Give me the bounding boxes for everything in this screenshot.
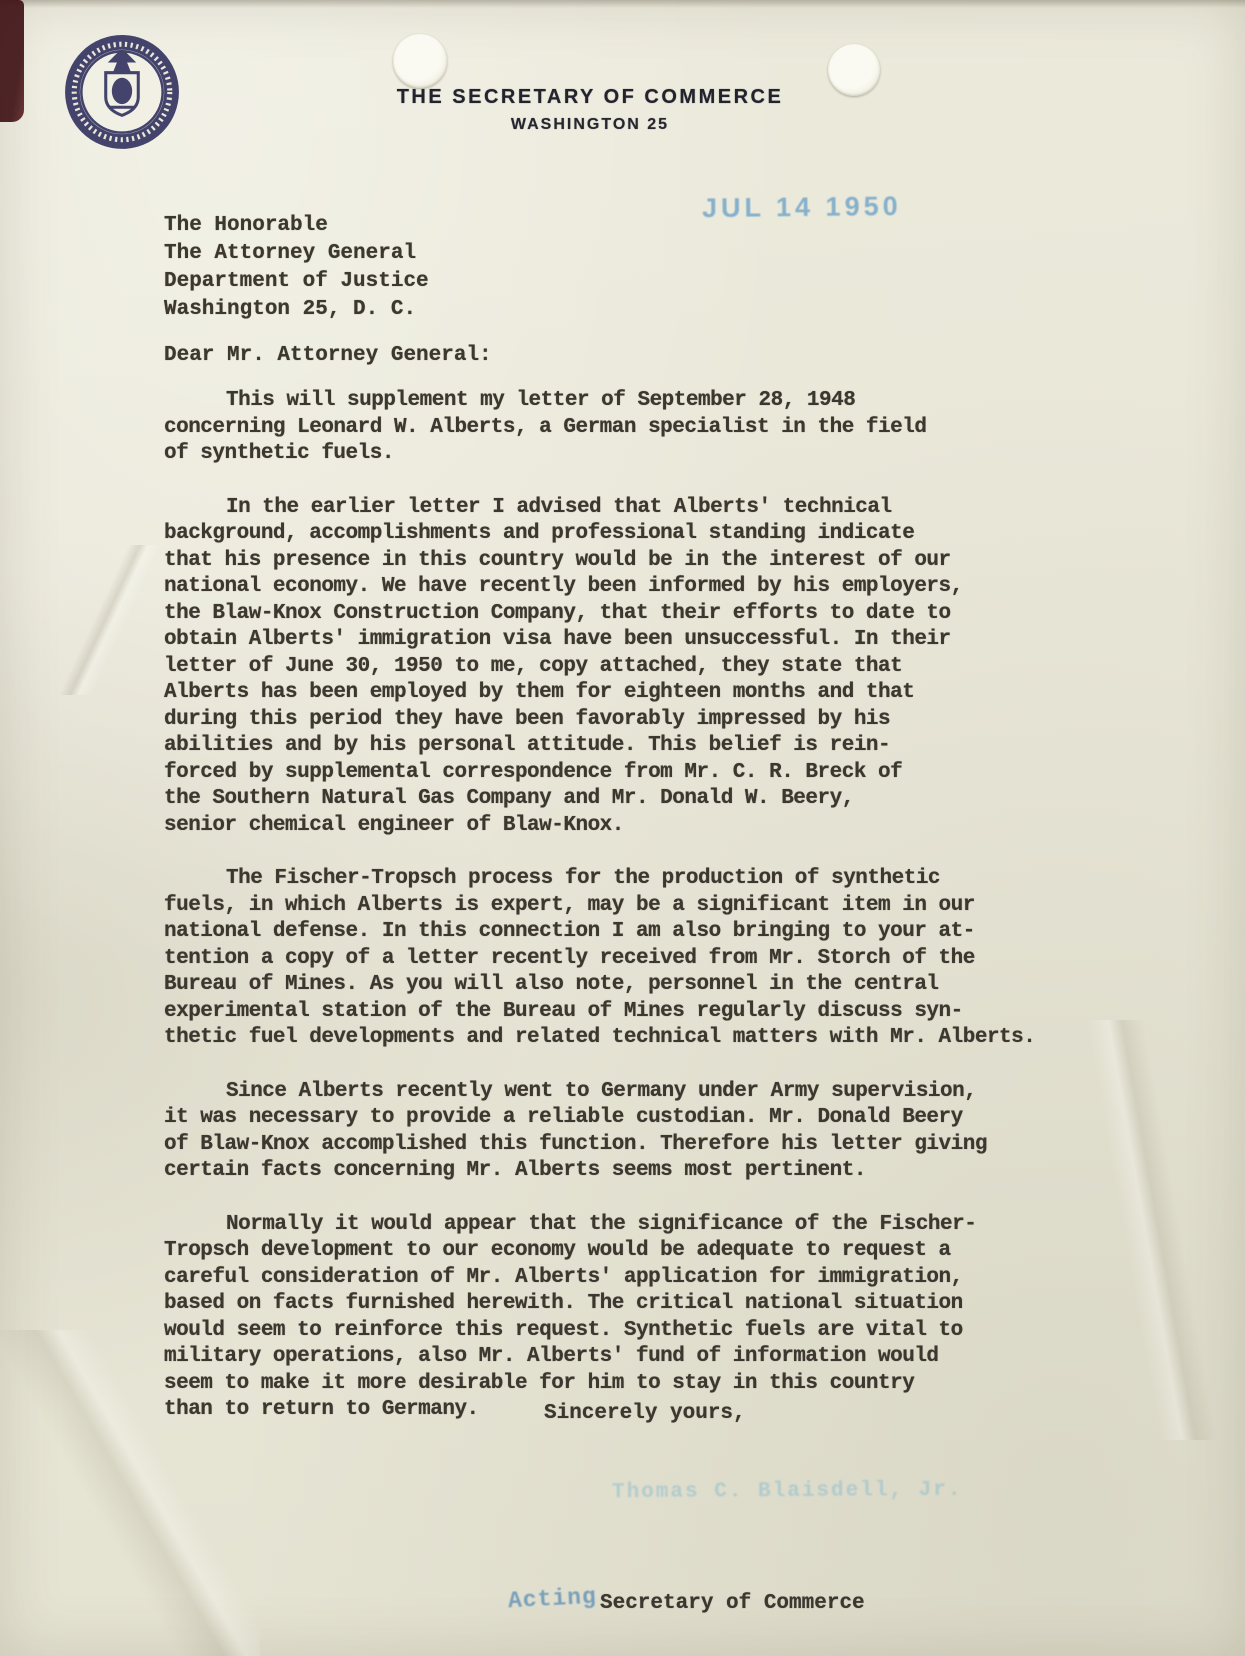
paragraph-5: Normally it would appear that the signif… bbox=[164, 1212, 1124, 1424]
acting-stamp: Acting bbox=[507, 1584, 597, 1615]
scan-top-edge-shadow bbox=[0, 0, 1245, 8]
paragraph-4: Since Alberts recently went to Germany u… bbox=[164, 1079, 1124, 1185]
recipient-line: Department of Justice bbox=[164, 268, 429, 296]
recipient-address-block: The Honorable The Attorney General Depar… bbox=[164, 212, 429, 324]
recipient-line: Washington 25, D. C. bbox=[164, 296, 429, 324]
paragraph-2: In the earlier letter I advised that Alb… bbox=[164, 495, 1124, 840]
complimentary-close: Sincerely yours, bbox=[544, 1402, 746, 1425]
signer-title: Secretary of Commerce bbox=[600, 1592, 865, 1615]
punch-hole bbox=[393, 34, 447, 88]
received-date-stamp: JUL 14 1950 bbox=[702, 191, 902, 224]
letterhead-city: WASHINGTON 25 bbox=[330, 116, 850, 134]
recipient-line: The Attorney General bbox=[164, 240, 429, 268]
paragraph-1: This will supplement my letter of Septem… bbox=[164, 388, 1124, 468]
paragraph-3: The Fischer-Tropsch process for the prod… bbox=[164, 866, 1124, 1052]
letter-body: This will supplement my letter of Septem… bbox=[164, 388, 1124, 1451]
recipient-line: The Honorable bbox=[164, 212, 429, 240]
scan-corner-mark bbox=[0, 0, 24, 122]
salutation: Dear Mr. Attorney General: bbox=[164, 344, 492, 367]
department-of-commerce-seal-icon bbox=[60, 32, 184, 154]
letterhead-title: THE SECRETARY OF COMMERCE bbox=[330, 86, 850, 109]
signature-name-stamp: Thomas C. Blaisdell, Jr. bbox=[612, 1479, 963, 1504]
letter-scan-page: THE SECRETARY OF COMMERCE WASHINGTON 25 … bbox=[0, 0, 1245, 1656]
